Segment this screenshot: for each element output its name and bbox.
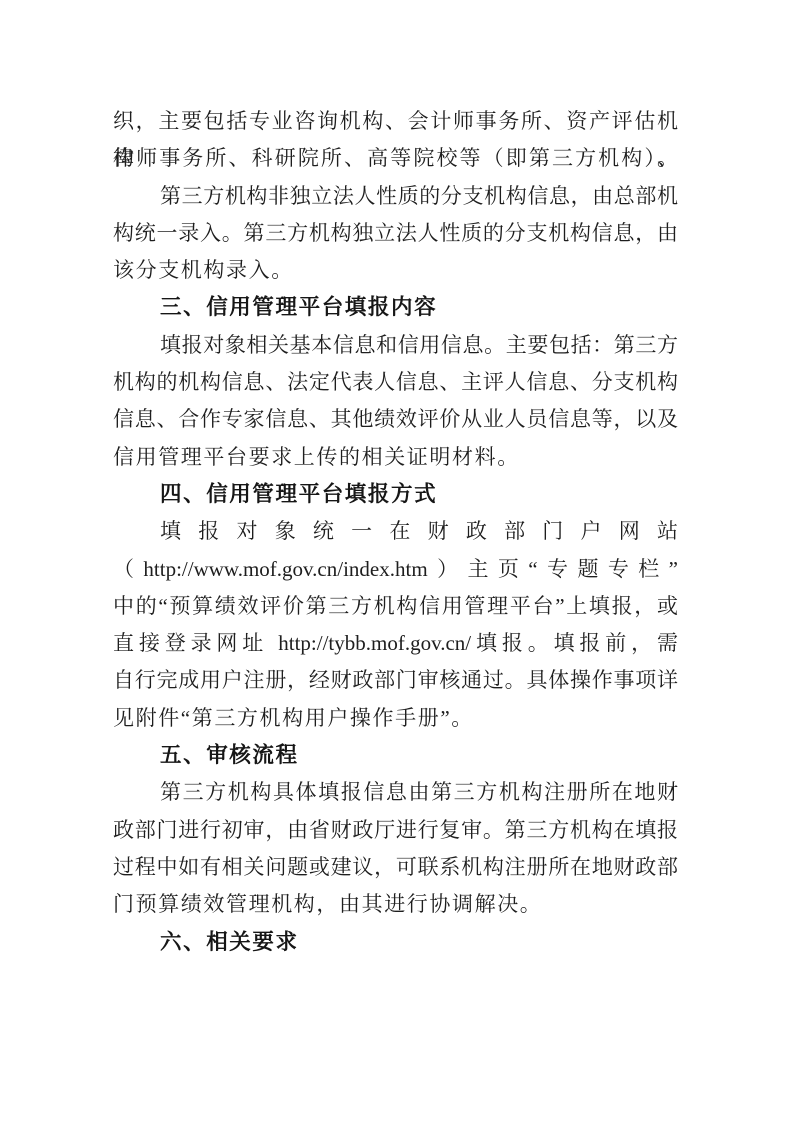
doc-line: 中的“预算绩效评价第三方机构信用管理平台”上填报，或	[113, 588, 678, 625]
section-heading-four: 四、信用管理平台填报方式	[113, 476, 678, 513]
document-text-block: 织，主要包括专业咨询机构、会计师事务所、资产评估机构、 律师事务所、科研院所、高…	[113, 103, 678, 961]
document-page: 织，主要包括专业咨询机构、会计师事务所、资产评估机构、 律师事务所、科研院所、高…	[0, 0, 800, 1130]
doc-line: 填报对象统一在财政部门户网站	[113, 513, 678, 550]
doc-line-url-mof: （http://www.mof.gov.cn/index.htm）主页“专题专栏…	[113, 551, 678, 588]
section-heading-three: 三、信用管理平台填报内容	[113, 289, 678, 326]
doc-line: 第三方机构非独立法人性质的分支机构信息，由总部机	[113, 178, 678, 215]
doc-line: 门预算绩效管理机构，由其进行协调解决。	[113, 886, 678, 923]
doc-line: 填报对象相关基本信息和信用信息。主要包括：第三方	[113, 327, 678, 364]
section-heading-six: 六、相关要求	[113, 924, 678, 961]
doc-line: 第三方机构具体填报信息由第三方机构注册所在地财	[113, 774, 678, 811]
doc-line: 政部门进行初审，由省财政厅进行复审。第三方机构在填报	[113, 812, 678, 849]
doc-line: 律师事务所、科研院所、高等院校等（即第三方机构）。	[113, 140, 678, 177]
doc-line: 自行完成用户注册，经财政部门审核通过。具体操作事项详	[113, 662, 678, 699]
doc-line: 构统一录入。第三方机构独立法人性质的分支机构信息，由	[113, 215, 678, 252]
doc-line: 织，主要包括专业咨询机构、会计师事务所、资产评估机构、	[113, 103, 678, 140]
doc-line: 见附件“第三方机构用户操作手册”。	[113, 700, 678, 737]
doc-line: 机构的机构信息、法定代表人信息、主评人信息、分支机构	[113, 364, 678, 401]
doc-line-url-tybb: 直接登录网址 http://tybb.mof.gov.cn/填报。填报前，需	[113, 625, 678, 662]
doc-line: 信息、合作专家信息、其他绩效评价从业人员信息等，以及	[113, 401, 678, 438]
doc-line: 信用管理平台要求上传的相关证明材料。	[113, 439, 678, 476]
section-heading-five: 五、审核流程	[113, 737, 678, 774]
doc-line: 该分支机构录入。	[113, 252, 678, 289]
doc-line: 过程中如有相关问题或建议，可联系机构注册所在地财政部	[113, 849, 678, 886]
